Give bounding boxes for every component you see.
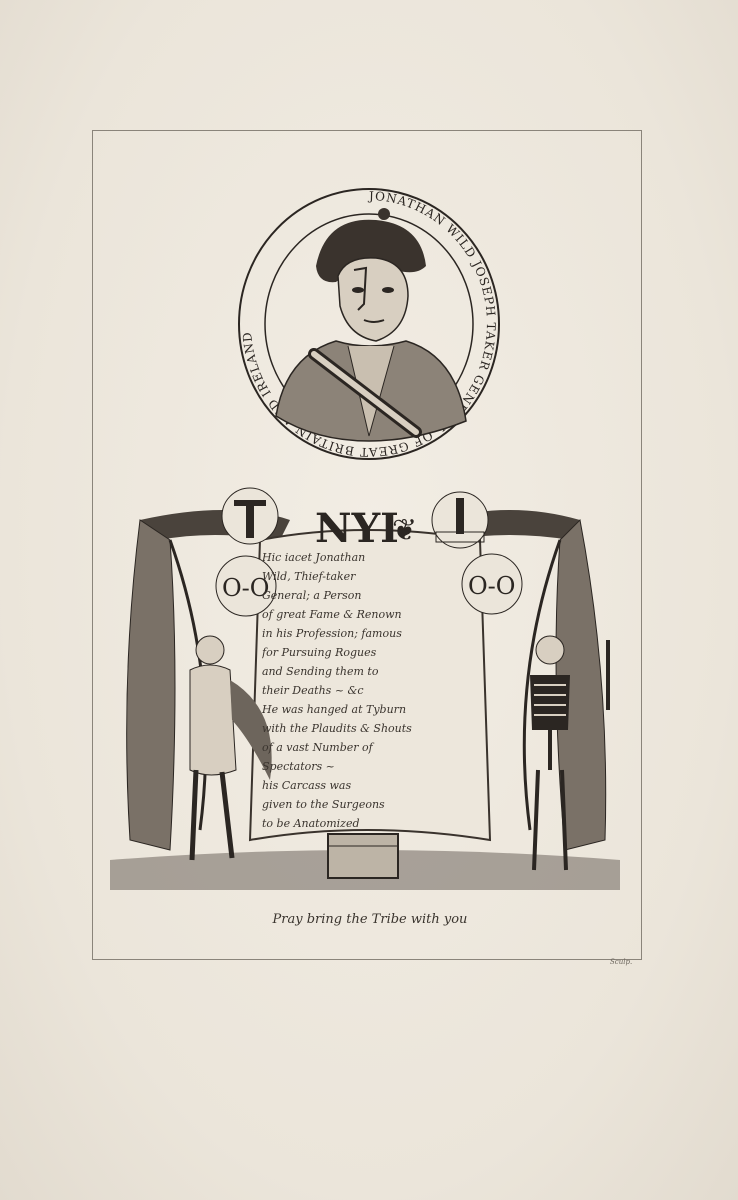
inscription-line: in his Profession; famous: [262, 624, 500, 643]
inscription-line: General; a Person: [262, 586, 500, 605]
inscription-line: given to the Surgeons: [262, 795, 500, 814]
inscription-line: He was hanged at Tyburn: [262, 700, 500, 719]
inscription-line: of a vast Number of: [262, 738, 500, 757]
inscription-line: and Sending them to: [262, 662, 500, 681]
tablet-inscription: Hic iacet Jonathan Wild, Thief-taker Gen…: [262, 548, 500, 833]
inscription-line: Hic iacet Jonathan: [262, 548, 500, 567]
inscription-line: of great Fame & Renown: [262, 605, 500, 624]
svg-text:NYI: NYI: [315, 505, 399, 552]
inscription-line: for Pursuing Rogues: [262, 643, 500, 662]
portrait-medallion: JONATHAN WILD JOSEPH TAKER GENERAL OF GR…: [236, 186, 502, 462]
inscription-line: to be Anatomized: [262, 814, 500, 833]
engraver-signature: Sculp.: [610, 958, 632, 966]
inscription-line: Wild, Thief-taker: [262, 567, 500, 586]
inscription-line: Spectators ~: [262, 757, 500, 776]
inscription-line: his Carcass was: [262, 776, 500, 795]
inscription-line: their Deaths ~ &c: [262, 681, 500, 700]
svg-text:❦: ❦: [392, 513, 417, 548]
inscription-line: with the Plaudits & Shouts: [262, 719, 500, 738]
print-caption: Pray bring the Tribe with you: [220, 912, 520, 927]
